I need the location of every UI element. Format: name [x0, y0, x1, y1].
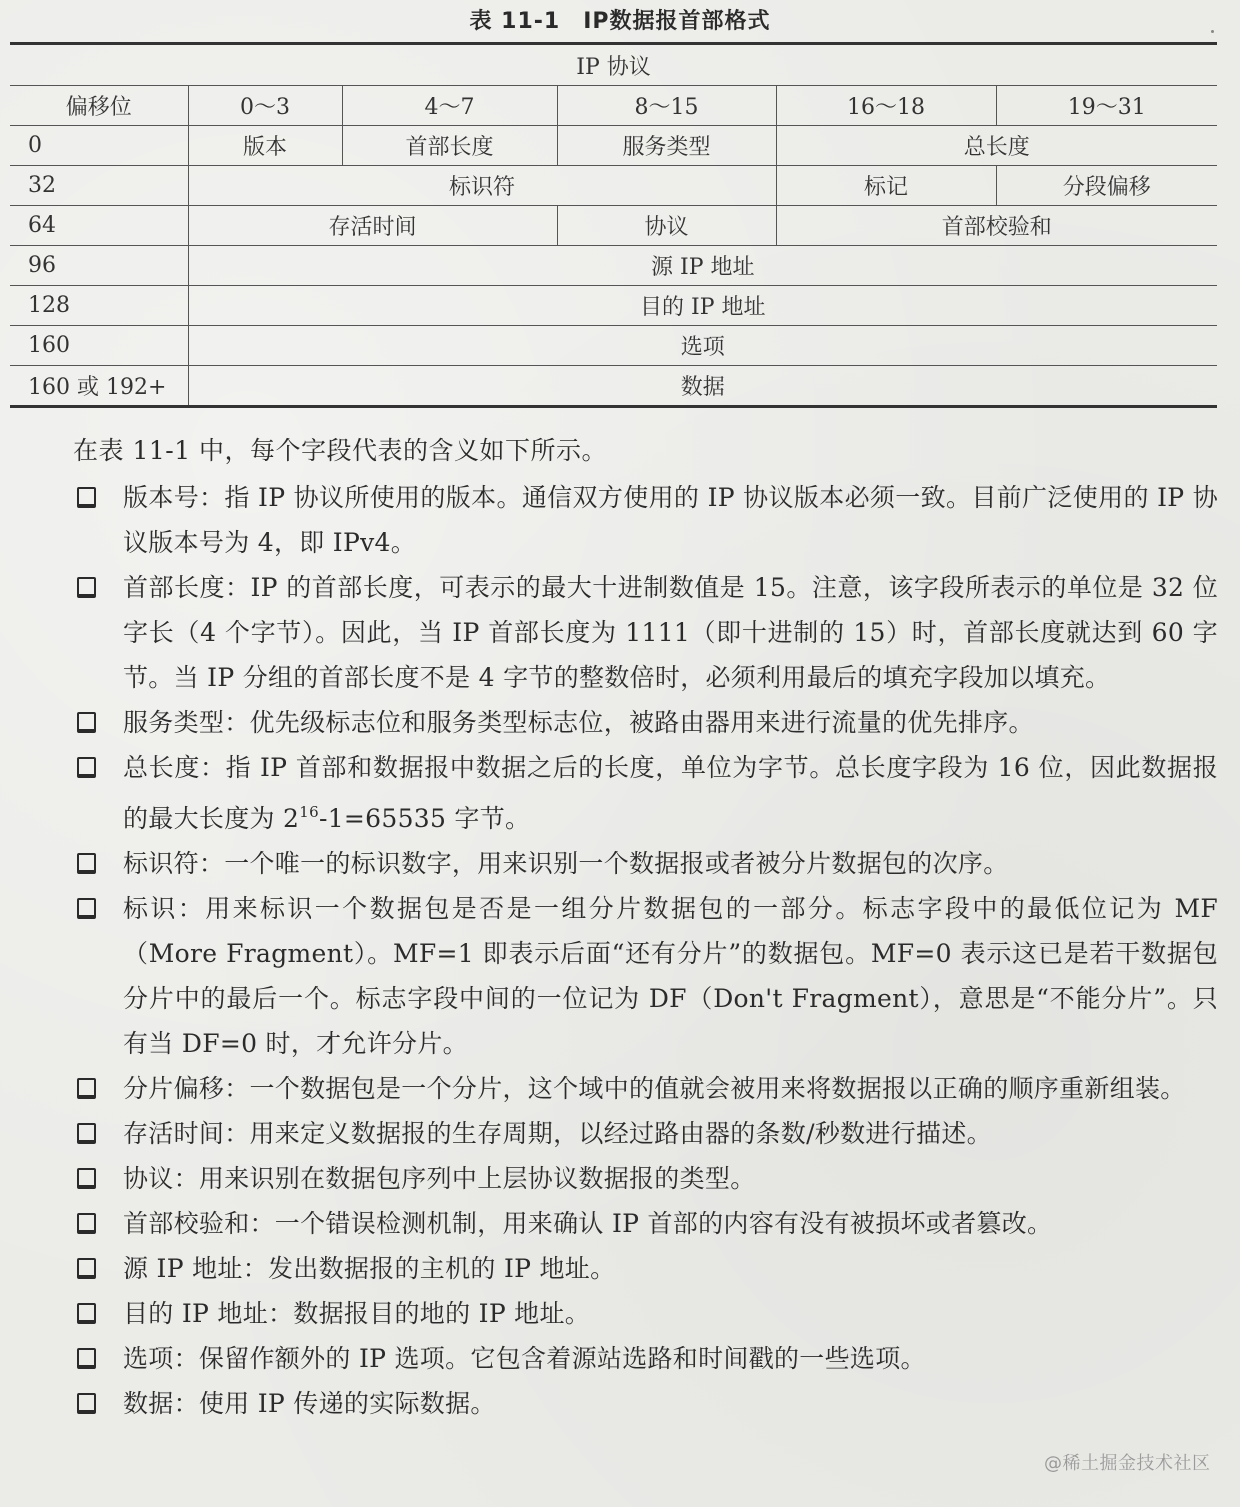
- item-superscript: 16: [299, 803, 319, 821]
- list-item: 源 IP 地址：发出数据报的主机的 IP 地址。: [73, 1246, 1218, 1291]
- field-cell: 标识符: [188, 166, 776, 206]
- checkbox-square-icon: [77, 1078, 96, 1099]
- item-text: 选项：保留作额外的 IP 选项。它包含着源站选路和时间戳的一些选项。: [123, 1344, 926, 1373]
- list-item: 分片偏移：一个数据包是一个分片，这个域中的值就会被用来将数据报以正确的顺序重新组…: [73, 1066, 1218, 1111]
- checkbox-square-icon: [77, 1123, 96, 1144]
- column-header-bits: 0～3: [188, 86, 342, 126]
- item-text: 源 IP 地址：发出数据报的主机的 IP 地址。: [123, 1254, 615, 1283]
- item-text: 首部校验和：一个错误检测机制，用来确认 IP 首部的内容有没有被损坏或者篡改。: [123, 1209, 1052, 1238]
- table-row: 0 版本 首部长度 服务类型 总长度: [10, 126, 1217, 166]
- field-cell: 协议: [557, 206, 776, 246]
- offset-cell: 96: [10, 246, 188, 286]
- item-text: 协议：用来识别在数据包序列中上层协议数据报的类型。: [123, 1164, 756, 1193]
- column-header-bits: 19～31: [996, 86, 1217, 126]
- table-row: 160 选项: [10, 326, 1217, 366]
- list-item: 存活时间：用来定义数据报的生存周期，以经过路由器的条数/秒数进行描述。: [73, 1111, 1218, 1156]
- list-item: 选项：保留作额外的 IP 选项。它包含着源站选路和时间戳的一些选项。: [73, 1336, 1218, 1381]
- table-row: 128 目的 IP 地址: [10, 286, 1217, 326]
- table-title-row: IP 协议: [10, 44, 1217, 86]
- table-header-title: IP 协议: [10, 44, 1217, 86]
- list-item: 标识：用来标识一个数据包是否是一组分片数据包的一部分。标志字段中的最低位记为 M…: [73, 886, 1218, 1066]
- checkbox-square-icon: [77, 853, 96, 874]
- list-item: 版本号：指 IP 协议所使用的版本。通信双方使用的 IP 协议版本必须一致。目前…: [73, 475, 1218, 565]
- field-cell: 分段偏移: [996, 166, 1217, 206]
- field-cell: 服务类型: [557, 126, 776, 166]
- checkbox-square-icon: [77, 1168, 96, 1189]
- field-cell: 首部校验和: [776, 206, 1217, 246]
- checkbox-square-icon: [77, 1393, 96, 1414]
- field-cell: 标记: [776, 166, 996, 206]
- checkbox-square-icon: [77, 1258, 96, 1279]
- checkbox-square-icon: [77, 1213, 96, 1234]
- table-row: 96 源 IP 地址: [10, 246, 1217, 286]
- field-cell: 选项: [188, 326, 1217, 366]
- item-text: 数据：使用 IP 传递的实际数据。: [123, 1389, 496, 1418]
- list-item: 首部长度：IP 的首部长度，可表示的最大十进制数值是 15。注意，该字段所表示的…: [73, 565, 1218, 700]
- list-item: 协议：用来识别在数据包序列中上层协议数据报的类型。: [73, 1156, 1218, 1201]
- field-description-list: 版本号：指 IP 协议所使用的版本。通信双方使用的 IP 协议版本必须一致。目前…: [73, 475, 1218, 1426]
- list-item: 服务类型：优先级标志位和服务类型标志位，被路由器用来进行流量的优先排序。: [73, 700, 1218, 745]
- offset-cell: 160 或 192+: [10, 366, 188, 407]
- field-cell: 数据: [188, 366, 1217, 407]
- list-item: 数据：使用 IP 传递的实际数据。: [73, 1381, 1218, 1426]
- table-row: 160 或 192+ 数据: [10, 366, 1217, 407]
- offset-cell: 64: [10, 206, 188, 246]
- item-text: 服务类型：优先级标志位和服务类型标志位，被路由器用来进行流量的优先排序。: [123, 708, 1034, 737]
- item-text-after: -1=65535 字节。: [319, 804, 530, 833]
- column-header-offset: 偏移位: [10, 86, 188, 126]
- field-cell: 总长度: [776, 126, 1217, 166]
- column-header-bits: 16～18: [776, 86, 996, 126]
- offset-cell: 32: [10, 166, 188, 206]
- watermark: @稀土掘金技术社区: [1044, 1449, 1211, 1475]
- intro-paragraph: 在表 11-1 中，每个字段代表的含义如下所示。: [73, 432, 607, 470]
- checkbox-square-icon: [77, 577, 96, 598]
- table-row: 32 标识符 标记 分段偏移: [10, 166, 1217, 206]
- item-text: 首部长度：IP 的首部长度，可表示的最大十进制数值是 15。注意，该字段所表示的…: [123, 573, 1218, 692]
- list-item: 首部校验和：一个错误检测机制，用来确认 IP 首部的内容有没有被损坏或者篡改。: [73, 1201, 1218, 1246]
- field-cell: 源 IP 地址: [188, 246, 1217, 286]
- checkbox-square-icon: [77, 487, 96, 508]
- checkbox-square-icon: [77, 1303, 96, 1324]
- item-text: 目的 IP 地址：数据报目的地的 IP 地址。: [123, 1299, 590, 1328]
- item-text: 分片偏移：一个数据包是一个分片，这个域中的值就会被用来将数据报以正确的顺序重新组…: [123, 1074, 1186, 1103]
- item-text: 存活时间：用来定义数据报的生存周期，以经过路由器的条数/秒数进行描述。: [123, 1119, 992, 1148]
- column-header-bits: 8～15: [557, 86, 776, 126]
- offset-cell: 128: [10, 286, 188, 326]
- scan-speck: [1211, 30, 1214, 33]
- list-item: 标识符：一个唯一的标识数字，用来识别一个数据报或者被分片数据包的次序。: [73, 841, 1218, 886]
- table-caption: 表 11-1 IP数据报首部格式: [0, 4, 1240, 35]
- item-text: 标识：用来标识一个数据包是否是一组分片数据包的一部分。标志字段中的最低位记为 M…: [123, 894, 1218, 1058]
- field-cell: 版本: [188, 126, 342, 166]
- item-text: 标识符：一个唯一的标识数字，用来识别一个数据报或者被分片数据包的次序。: [123, 849, 1009, 878]
- list-item: 目的 IP 地址：数据报目的地的 IP 地址。: [73, 1291, 1218, 1336]
- checkbox-square-icon: [77, 757, 96, 778]
- item-text-before: 总长度：指 IP 首部和数据报中数据之后的长度，单位为字节。总长度字段为 16 …: [123, 753, 1218, 833]
- field-cell: 首部长度: [342, 126, 557, 166]
- table-row: 64 存活时间 协议 首部校验和: [10, 206, 1217, 246]
- column-header-bits: 4～7: [342, 86, 557, 126]
- list-item: 总长度：指 IP 首部和数据报中数据之后的长度，单位为字节。总长度字段为 16 …: [73, 745, 1218, 841]
- ip-header-table: IP 协议 偏移位 0～3 4～7 8～15 16～18 19～31 0 版本 …: [10, 42, 1217, 408]
- checkbox-square-icon: [77, 712, 96, 733]
- checkbox-square-icon: [77, 1348, 96, 1369]
- checkbox-square-icon: [77, 898, 96, 919]
- offset-cell: 160: [10, 326, 188, 366]
- item-text: 版本号：指 IP 协议所使用的版本。通信双方使用的 IP 协议版本必须一致。目前…: [123, 483, 1218, 557]
- document-page: 表 11-1 IP数据报首部格式 IP 协议 偏移位 0～3 4～7 8～15 …: [0, 0, 1240, 1507]
- table-column-header-row: 偏移位 0～3 4～7 8～15 16～18 19～31: [10, 86, 1217, 126]
- field-cell: 存活时间: [188, 206, 557, 246]
- field-cell: 目的 IP 地址: [188, 286, 1217, 326]
- offset-cell: 0: [10, 126, 188, 166]
